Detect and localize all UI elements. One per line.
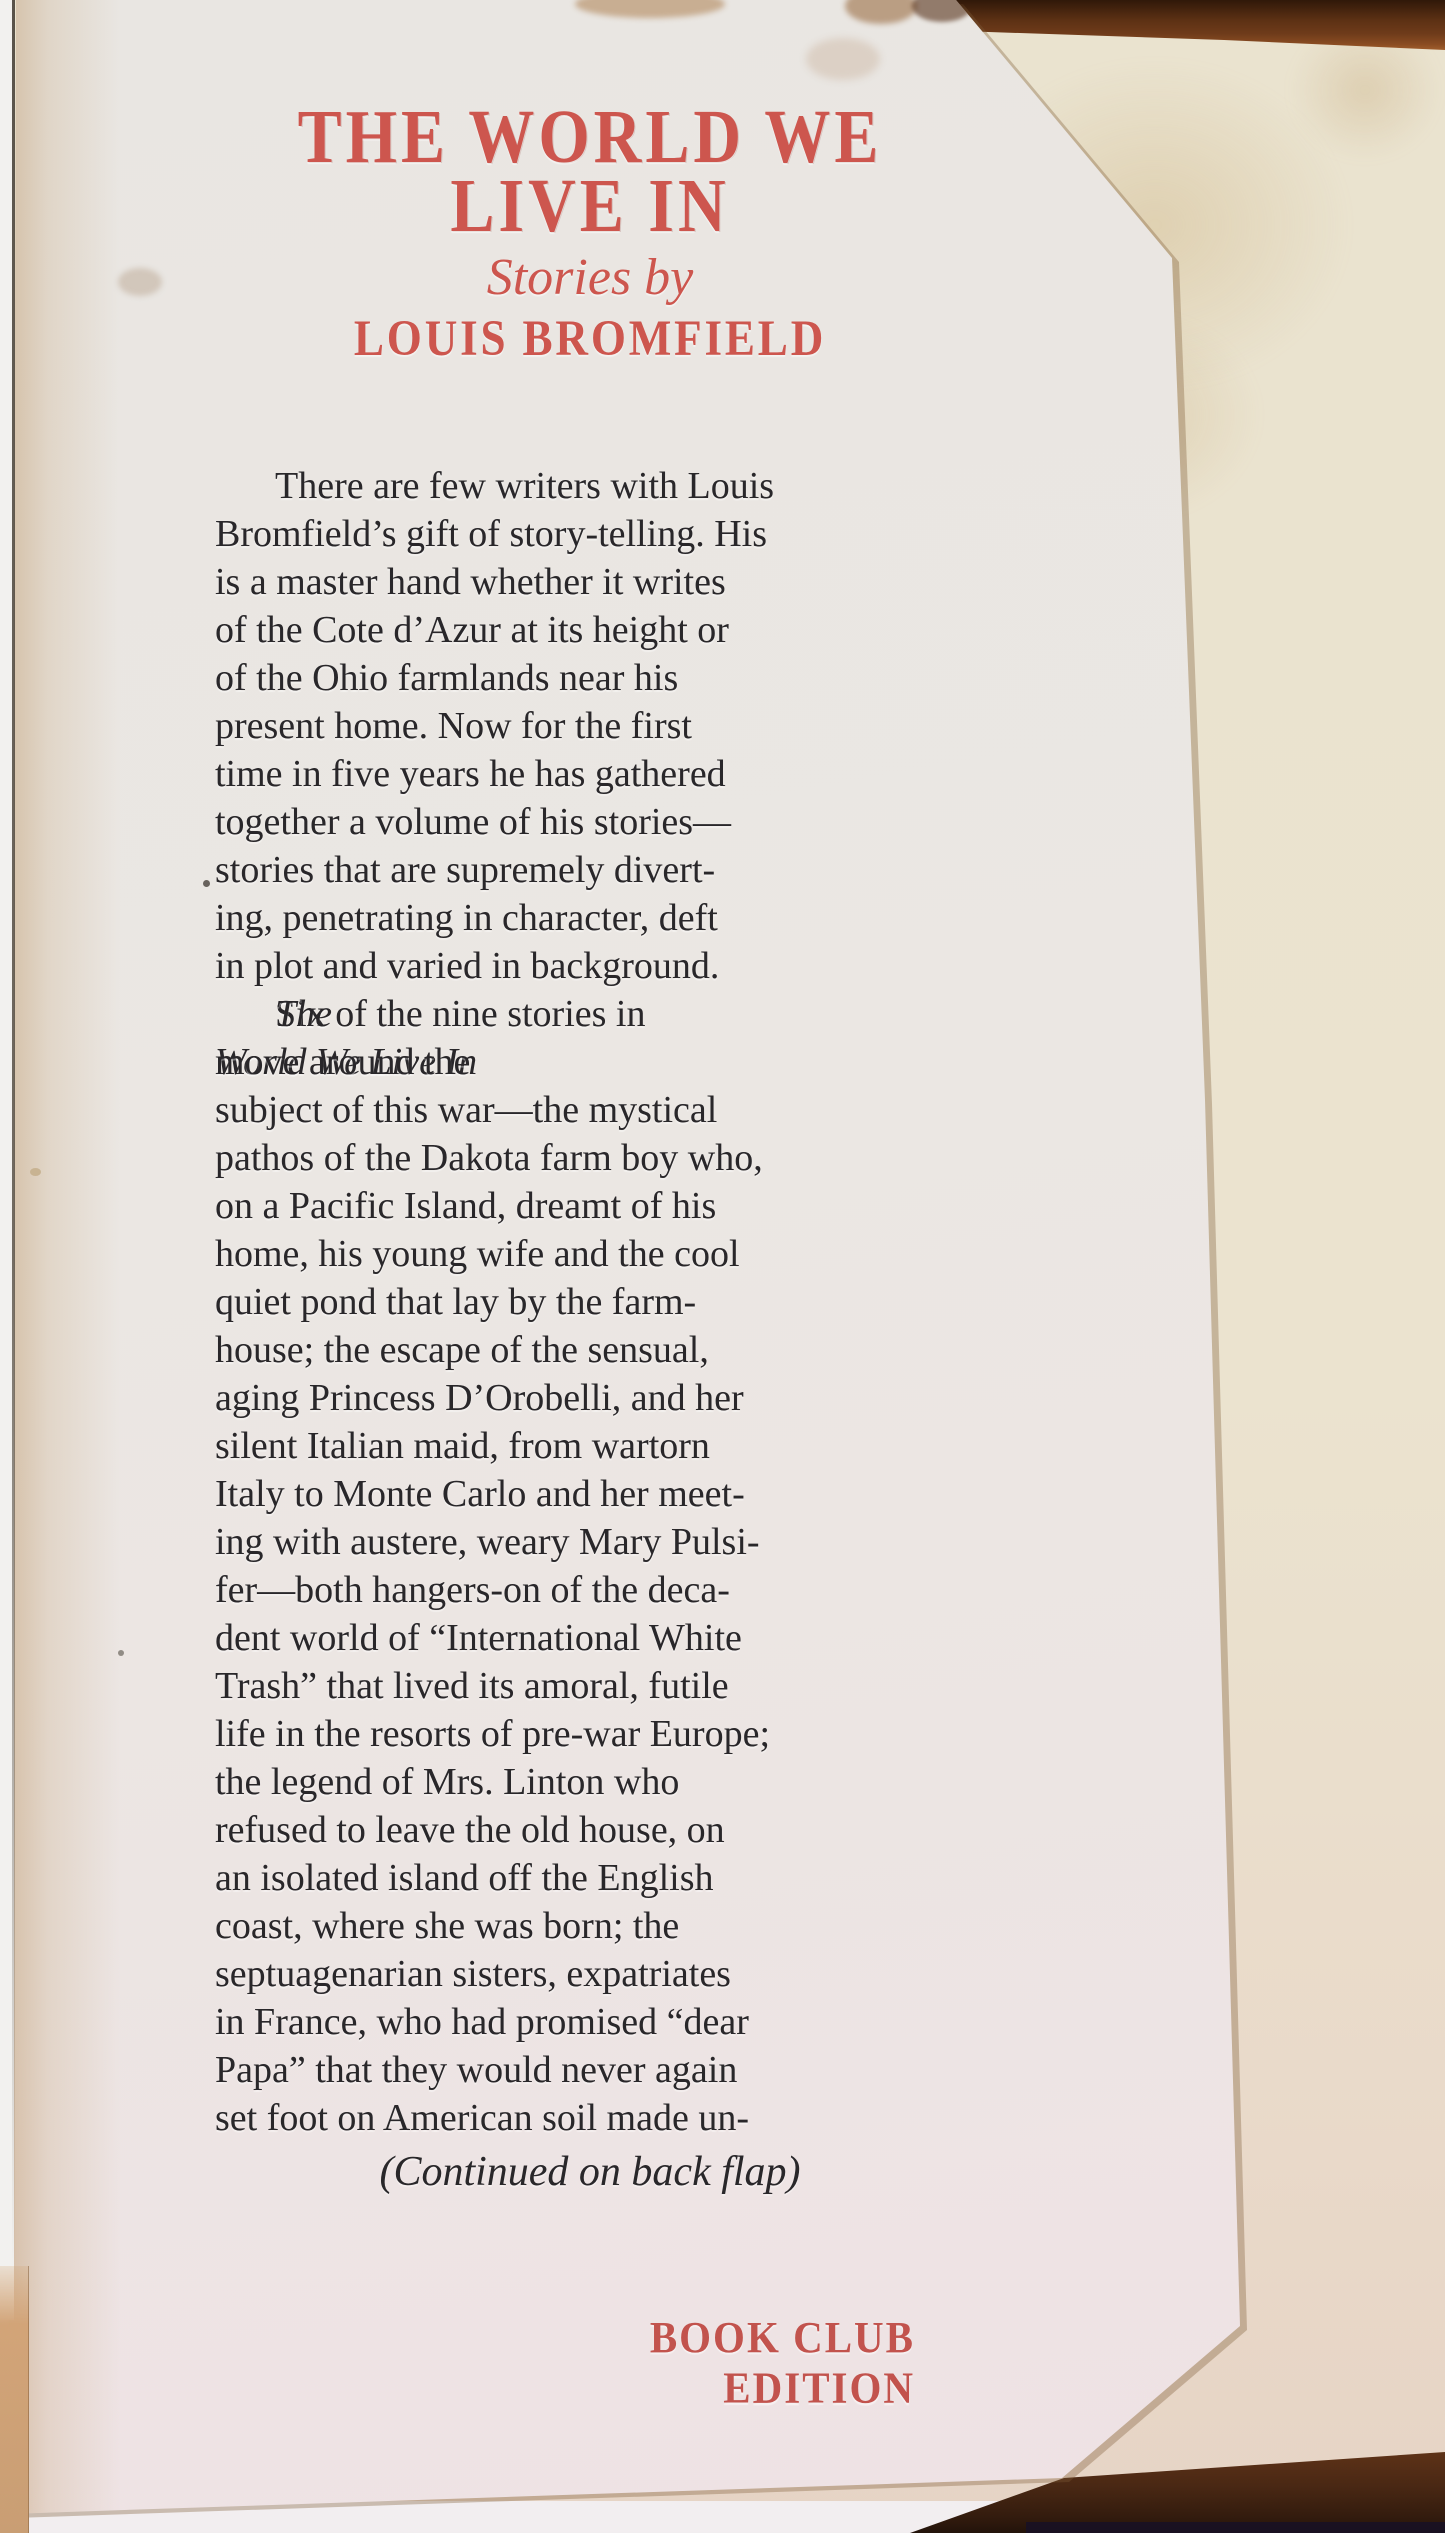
- flap-body-text: There are few writers with LouisBromfiel…: [215, 462, 965, 2142]
- body-line: silent Italian maid, from wartorn: [215, 1422, 965, 1470]
- body-line: quiet pond that lay by the farm-: [215, 1278, 965, 1326]
- body-line: in France, who had promised “dear: [215, 1998, 965, 2046]
- flap-speck: [118, 1650, 124, 1656]
- body-line: of the Cote d’Azur at its height or: [215, 606, 965, 654]
- jacket-fold-line: [12, 0, 15, 2270]
- body-line: aging Princess D’Orobelli, and her: [215, 1374, 965, 1422]
- edition-line-2: EDITION: [600, 2363, 915, 2414]
- flap-speck: [30, 1168, 41, 1176]
- book-subtitle: Stories by: [215, 248, 965, 307]
- body-line: an isolated island off the English: [215, 1854, 965, 1902]
- book-title-line-2: LIVE IN: [215, 163, 965, 250]
- cover-groove-line: [1026, 2522, 1445, 2533]
- continued-note: (Continued on back flap): [215, 2148, 965, 2196]
- body-line: time in five years he has gathered: [215, 750, 965, 798]
- edition-line-1: BOOK CLUB: [600, 2312, 915, 2363]
- body-line: house; the escape of the sensual,: [215, 1326, 965, 1374]
- flap-stain: [118, 268, 162, 296]
- body-line: subject of this war—the mystical: [215, 1086, 965, 1134]
- flap-printed-content: THE WORLD WE LIVE IN Stories by LOUIS BR…: [215, 0, 965, 2533]
- body-line: Six of the nine stories in The: [215, 990, 965, 1038]
- body-line: Bromfield’s gift of story-telling. His: [215, 510, 965, 558]
- body-line: dent world of “International White: [215, 1614, 965, 1662]
- book-inner-cover-photo: THE WORLD WE LIVE IN Stories by LOUIS BR…: [0, 0, 1445, 2533]
- body-line: together a volume of his stories—: [215, 798, 965, 846]
- body-line: fer—both hangers-on of the deca-: [215, 1566, 965, 1614]
- cover-turnin-top: [934, 0, 1445, 54]
- body-line: home, his young wife and the cool: [215, 1230, 965, 1278]
- book-club-edition-mark: BOOK CLUB EDITION: [600, 2312, 915, 2414]
- body-line: refused to leave the old house, on: [215, 1806, 965, 1854]
- body-line: There are few writers with Louis: [215, 462, 965, 510]
- body-line: of the Ohio farmlands near his: [215, 654, 965, 702]
- body-line: Italy to Monte Carlo and her meet-: [215, 1470, 965, 1518]
- body-line: Trash” that lived its amoral, futile: [215, 1662, 965, 1710]
- flap-speck: [203, 880, 210, 887]
- body-line: ing with austere, weary Mary Pulsi-: [215, 1518, 965, 1566]
- body-line: stories that are supremely divert-: [215, 846, 965, 894]
- body-line: septuagenarian sisters, expatriates: [215, 1950, 965, 1998]
- cover-edge-strip: [0, 2266, 29, 2533]
- body-line: pathos of the Dakota farm boy who,: [215, 1134, 965, 1182]
- author-name: LOUIS BROMFIELD: [238, 310, 943, 368]
- body-line: is a master hand whether it writes: [215, 558, 965, 606]
- body-line: set foot on American soil made un-: [215, 2094, 965, 2142]
- body-line: life in the resorts of pre-war Europe;: [215, 1710, 965, 1758]
- body-line: Papa” that they would never again: [215, 2046, 965, 2094]
- body-line: in plot and varied in background.: [215, 942, 965, 990]
- body-line: ing, penetrating in character, deft: [215, 894, 965, 942]
- body-line: on a Pacific Island, dreamt of his: [215, 1182, 965, 1230]
- body-line: the legend of Mrs. Linton who: [215, 1758, 965, 1806]
- flap-crease-stain: [0, 0, 120, 2533]
- body-line: World We Live In move around the: [215, 1038, 965, 1086]
- body-line: present home. Now for the first: [215, 702, 965, 750]
- body-line: coast, where she was born; the: [215, 1902, 965, 1950]
